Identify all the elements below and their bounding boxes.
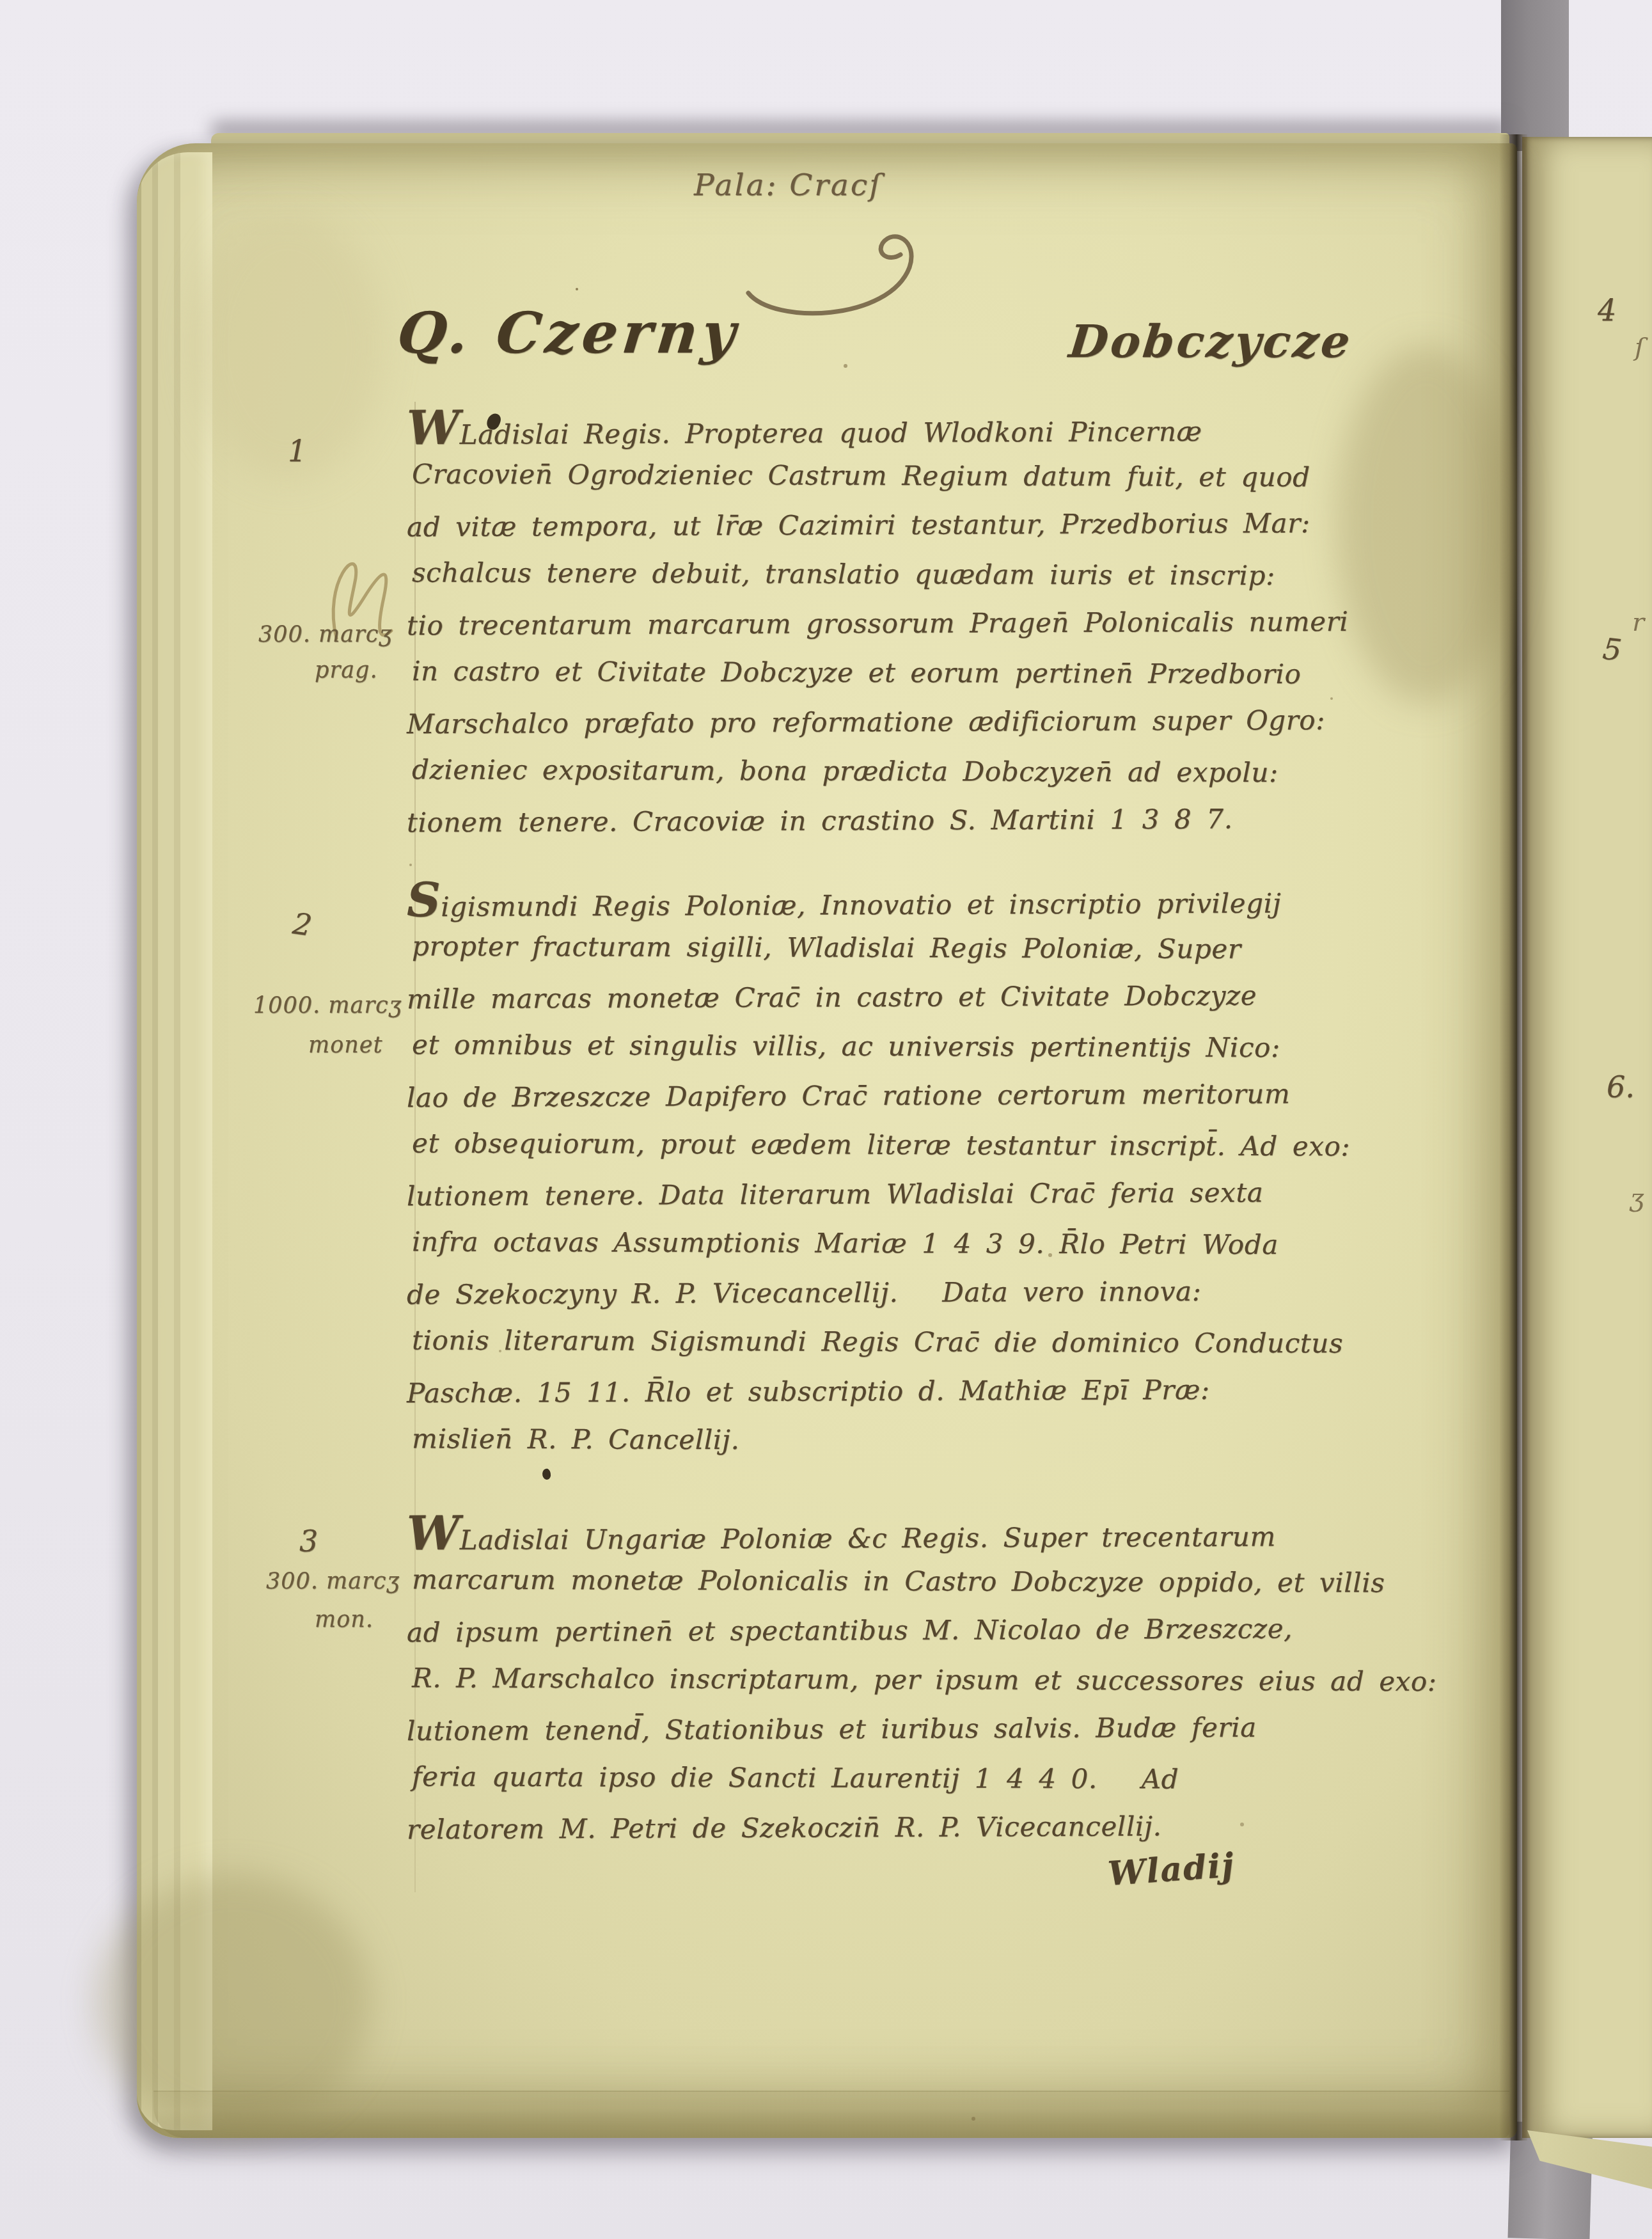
text-line: tio trecentarum marcarum grossorum Prage… xyxy=(407,597,1379,651)
book-stand-bar-top xyxy=(1501,0,1569,151)
paper-stain xyxy=(96,1874,371,2130)
text-line: et obsequiorum, prout eædem literæ testa… xyxy=(412,1118,1379,1171)
text-line: schalcus tenere debuit, translatio quæda… xyxy=(412,548,1379,600)
entry-initial: S xyxy=(407,873,441,928)
text-line: feria quarta ipso die Sancti Laurentij 1… xyxy=(412,1752,1379,1804)
text-line: mislien̄ R. P. Cancellij. xyxy=(412,1414,1379,1466)
section-title-left: Q. Czerny xyxy=(395,299,743,366)
text-line: tionis literarum Sigismundi Regis Crac̄ … xyxy=(412,1315,1379,1368)
clipped-text-mark: ʒ xyxy=(1630,1183,1644,1213)
folio-margin-number-6: 6. xyxy=(1607,1070,1635,1104)
register-entry-3: WLadislai Ungariæ Poloniæ &c Regis. Supe… xyxy=(407,1507,1379,1852)
clipped-text-mark: ſ xyxy=(1635,333,1644,362)
text-line: marcarum monetæ Polonicalis in Castro Do… xyxy=(412,1555,1379,1607)
text-line: igismundi Regis Poloniæ, Innovatio et in… xyxy=(441,887,1281,922)
section-title-right: Dobczycze xyxy=(1067,315,1355,368)
page-stack-deckle-edges xyxy=(137,152,212,2130)
text-line: propter fracturam sigilli, Wladislai Reg… xyxy=(412,921,1379,974)
text-line: Paschæ. 15 11. R̄lo et subscriptio d. Ma… xyxy=(407,1365,1379,1418)
margin-sum-note: 1000. marcʒ xyxy=(253,993,402,1018)
entry-number: 1 xyxy=(288,434,306,468)
text-line: Marschalco præfato pro reformatione ædif… xyxy=(407,695,1379,749)
header-flourish xyxy=(729,211,940,333)
entry-number: 3 xyxy=(299,1524,318,1558)
register-entry-1: WLadislai Regis. Propterea quod Wlodkoni… xyxy=(407,402,1379,845)
text-line: ad vitæ tempora, ut lr̄æ Cazimiri testan… xyxy=(407,498,1379,552)
text-line: lao de Brzeszcze Dapifero Crac̄ ratione … xyxy=(407,1069,1379,1123)
page-bottom-fold xyxy=(153,2091,1509,2138)
page-header-title: Pala: Cracſ xyxy=(694,168,883,203)
text-line: de Szekoczyny R. P. Vicecancellij. Data … xyxy=(407,1266,1379,1320)
text-line: et omnibus et singulis villis, ac univer… xyxy=(412,1020,1379,1072)
text-line: Ladislai Ungariæ Poloniæ &c Regis. Super… xyxy=(459,1521,1275,1556)
register-entry-2: Sigismundi Regis Poloniæ, Innovatio et i… xyxy=(407,874,1379,1465)
clipped-text-mark: r xyxy=(1632,608,1644,637)
text-line: infra octavas Assumptionis Mariæ 1 4 3 9… xyxy=(412,1217,1379,1269)
margin-sum-note: 300. marcʒ xyxy=(266,1569,400,1594)
text-line: dzieniec expositarum, bona prædicta Dobc… xyxy=(412,745,1379,797)
text-line: Ladislai Regis. Propterea quod Wlodkoni … xyxy=(459,416,1202,450)
entry-initial: W xyxy=(407,1506,460,1561)
margin-sum-note: 300. marcʒ xyxy=(258,622,392,647)
margin-sum-note: monet xyxy=(308,1032,383,1058)
paper-speckles xyxy=(576,288,578,290)
text-line: R. P. Marschalco inscriptarum, per ipsum… xyxy=(412,1653,1379,1705)
text-line: tionem tenere. Cracoviæ in crastino S. M… xyxy=(407,794,1379,848)
text-line: in castro et Civitate Dobczyze et eorum … xyxy=(412,646,1379,699)
text-line: ad ipsum pertinen̄ et spectantibus M. Ni… xyxy=(407,1604,1379,1657)
text-line: lutionem tenend̄, Stationibus et iuribus… xyxy=(407,1702,1379,1756)
manuscript-photo: 4 5 6. ſ r ʒ Pala: Cracſ Q. Czerny Dobcz… xyxy=(0,0,1652,2239)
next-page-edge xyxy=(1522,137,1652,2138)
folio-margin-number-4: 4 xyxy=(1598,293,1616,328)
entry-initial: W xyxy=(407,400,460,455)
text-line: mille marcas monetæ Crac̄ in castro et C… xyxy=(407,970,1379,1024)
margin-sum-note: prag. xyxy=(315,658,378,683)
folio-margin-number-5: 5 xyxy=(1601,631,1623,668)
margin-sum-note: mon. xyxy=(315,1607,374,1633)
text-line: Cracovien̄ Ogrodzieniec Castrum Regium d… xyxy=(412,449,1379,502)
text-line: lutionem tenere. Data literarum Wladisla… xyxy=(407,1167,1379,1221)
